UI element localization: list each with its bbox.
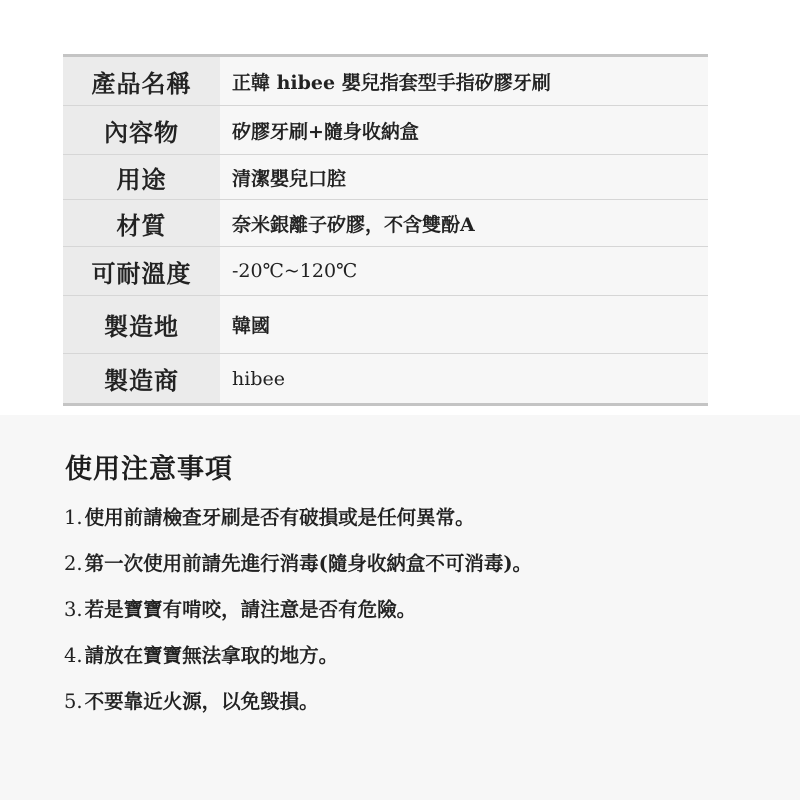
spec-label: 製造地 — [63, 296, 220, 353]
note-item: 3.若是寶寶有啃咬，請注意是否有危險。 — [64, 595, 532, 641]
note-number: 5. — [64, 690, 83, 713]
note-number: 3. — [64, 598, 83, 621]
note-item: 4.請放在寶寶無法拿取的地方。 — [64, 641, 532, 687]
spec-row-usage: 用途 清潔嬰兒口腔 — [63, 155, 708, 200]
note-item: 1.使用前請檢查牙刷是否有破損或是任何異常。 — [64, 503, 532, 549]
spec-row-temperature: 可耐溫度 -20℃~120℃ — [63, 247, 708, 296]
notes-list: 1.使用前請檢查牙刷是否有破損或是任何異常。 2.第一次使用前請先進行消毒(隨身… — [64, 503, 532, 733]
note-text: 若是寶寶有啃咬，請注意是否有危險。 — [85, 598, 417, 621]
spec-value: hibee — [220, 354, 708, 403]
spec-row-origin: 製造地 韓國 — [63, 296, 708, 354]
note-number: 1. — [64, 506, 83, 529]
spec-value: 奈米銀離子矽膠，不含雙酚A — [220, 200, 708, 246]
note-item: 2.第一次使用前請先進行消毒(隨身收納盒不可消毒)。 — [64, 549, 532, 595]
spec-value: 正韓 hibee 嬰兒指套型手指矽膠牙刷 — [220, 57, 708, 105]
spec-label: 製造商 — [63, 354, 220, 403]
spec-label: 可耐溫度 — [63, 247, 220, 295]
spec-value: -20℃~120℃ — [220, 247, 708, 295]
spec-row-manufacturer: 製造商 hibee — [63, 354, 708, 403]
notes-title: 使用注意事項 — [65, 447, 233, 486]
note-number: 4. — [64, 644, 83, 667]
note-text: 請放在寶寶無法拿取的地方。 — [85, 644, 339, 667]
spec-row-contents: 內容物 矽膠牙刷+隨身收納盒 — [63, 106, 708, 155]
spec-label: 產品名稱 — [63, 57, 220, 105]
note-text: 不要靠近火源，以免毀損。 — [85, 690, 319, 713]
spec-value: 韓國 — [220, 296, 708, 353]
note-item: 5.不要靠近火源，以免毀損。 — [64, 687, 532, 733]
spec-row-product-name: 產品名稱 正韓 hibee 嬰兒指套型手指矽膠牙刷 — [63, 57, 708, 106]
spec-value: 清潔嬰兒口腔 — [220, 155, 708, 199]
spec-row-material: 材質 奈米銀離子矽膠，不含雙酚A — [63, 200, 708, 247]
spec-table: 產品名稱 正韓 hibee 嬰兒指套型手指矽膠牙刷 內容物 矽膠牙刷+隨身收納盒… — [63, 54, 708, 406]
usage-notes-section: 使用注意事項 1.使用前請檢查牙刷是否有破損或是任何異常。 2.第一次使用前請先… — [0, 415, 800, 800]
spec-label: 用途 — [63, 155, 220, 199]
note-number: 2. — [64, 552, 83, 575]
note-text: 使用前請檢查牙刷是否有破損或是任何異常。 — [85, 506, 475, 529]
spec-label: 材質 — [63, 200, 220, 246]
spec-value: 矽膠牙刷+隨身收納盒 — [220, 106, 708, 154]
note-text: 第一次使用前請先進行消毒(隨身收納盒不可消毒)。 — [85, 552, 532, 575]
spec-label: 內容物 — [63, 106, 220, 154]
spec-section: 產品名稱 正韓 hibee 嬰兒指套型手指矽膠牙刷 內容物 矽膠牙刷+隨身收納盒… — [0, 0, 800, 415]
